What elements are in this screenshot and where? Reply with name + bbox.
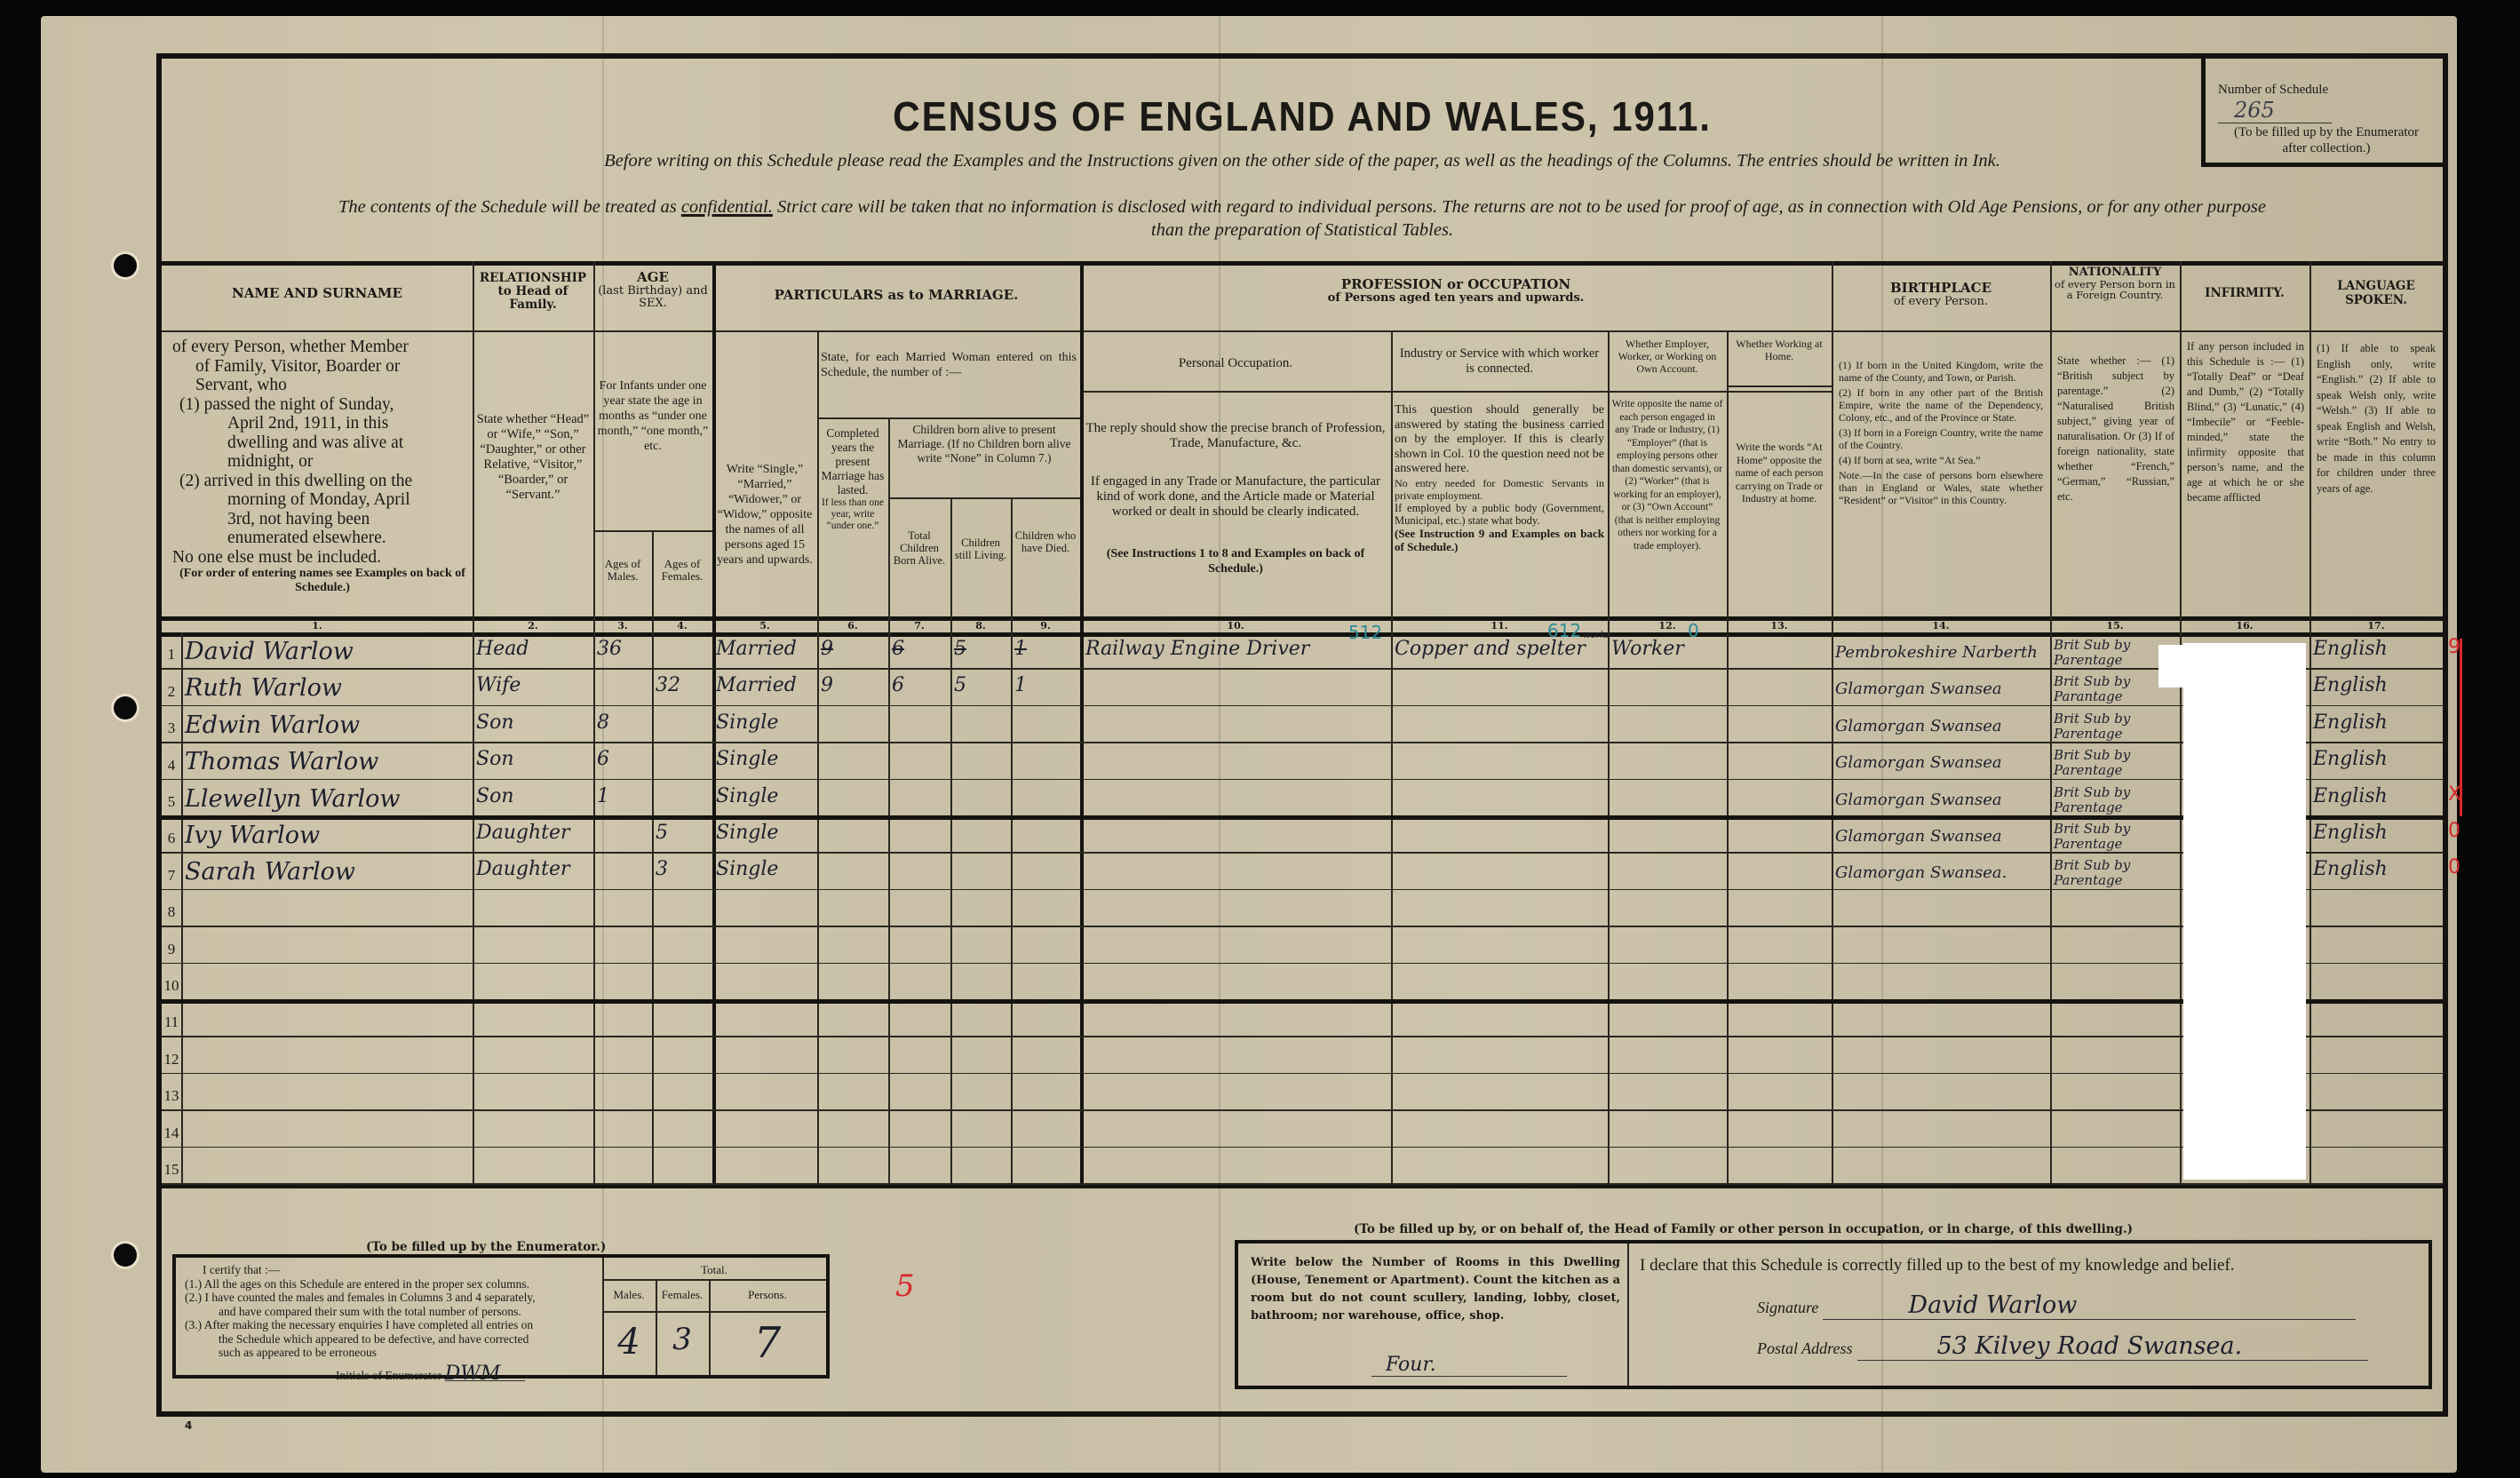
cell-status[interactable] (716, 932, 815, 963)
cell-living[interactable] (954, 1116, 1009, 1147)
relationship-instructions: State whether “Head” or “Wife,” “Son,” “… (473, 412, 593, 503)
signature-label: Signature (1757, 1299, 1818, 1316)
cell-nationality[interactable]: Brit Sub byParentage (2054, 785, 2178, 815)
married-woman-instructions: State, for each Married Woman entered on… (817, 350, 1080, 380)
cell-age-f[interactable] (656, 711, 711, 743)
punch-hole-icon (114, 254, 137, 277)
household-declaration-box: Write below the Number of Rooms in this … (1235, 1240, 2432, 1389)
notice-text: The contents of the Schedule will be tre… (338, 197, 681, 217)
cell-nationality[interactable]: Brit Sub byParentage (2054, 858, 2178, 888)
cell-industry[interactable] (1395, 895, 1606, 926)
cell-language[interactable] (2313, 1153, 2441, 1184)
females-label: Females. (656, 1288, 709, 1302)
cell-name[interactable]: Sarah Warlow (185, 858, 473, 889)
cell-total[interactable] (892, 785, 949, 816)
cell-living[interactable]: 5 (954, 674, 1009, 705)
table-row: 2Ruth WarlowWife32Married9651Glamorgan S… (162, 669, 2443, 705)
cell-occupation[interactable] (1085, 711, 1387, 743)
cell-status[interactable]: Single (716, 822, 815, 853)
cell-living[interactable] (954, 895, 1009, 926)
cell-status[interactable] (716, 1153, 815, 1184)
cell-years[interactable]: 9 (821, 638, 886, 669)
cell-name[interactable]: Llewellyn Warlow (185, 785, 473, 816)
cert-line: I certify that :— (185, 1263, 602, 1277)
desc-line: (See Instructions 1 to 8 and Examples on… (1084, 546, 1387, 576)
row-number: 11 (162, 1013, 181, 1031)
desc-line: Note.—In the case of persons born elsewh… (1839, 469, 2043, 506)
cell-industry[interactable] (1395, 674, 1606, 705)
cell-language[interactable]: English (2313, 674, 2441, 705)
nationality-subtitle: of every Person born in a Foreign Countr… (2050, 279, 2180, 300)
nationality-line: Brit Sub by (2054, 858, 2178, 873)
cell-total[interactable] (892, 932, 949, 963)
cell-employer[interactable] (1611, 1042, 1725, 1073)
cell-home[interactable] (1730, 969, 1830, 1000)
cell-living[interactable] (954, 1079, 1009, 1110)
cell-occupation[interactable] (1085, 969, 1387, 1000)
cell-occupation[interactable]: Railway Engine Driver (1085, 638, 1387, 669)
cell-employer[interactable] (1611, 1079, 1725, 1110)
cell-language[interactable]: English (2313, 748, 2441, 779)
cell-industry[interactable] (1395, 785, 1606, 816)
years-married-label: Completed years the present Marriage has… (817, 426, 888, 532)
nationality-title: NATIONALITY (2050, 266, 2180, 279)
notice-text: Strict care will be taken that no inform… (773, 197, 2266, 217)
table-row: 6Ivy WarlowDaughter5SingleGlamorgan Swan… (162, 816, 2443, 853)
cell-occupation[interactable] (1085, 1042, 1387, 1073)
cell-status[interactable]: Single (716, 748, 815, 779)
cell-occupation[interactable] (1085, 674, 1387, 705)
desc-line: If employed by a public body (Government… (1395, 502, 1604, 527)
cell-industry[interactable] (1395, 1042, 1606, 1073)
row-number: 15 (162, 1161, 181, 1179)
cell-age-f[interactable] (656, 895, 711, 926)
cell-birthplace[interactable] (1835, 1160, 2048, 1191)
schedule-note: (To be filled up by the Enumerator (2218, 125, 2435, 139)
cell-died[interactable] (1014, 858, 1078, 889)
cell-relation[interactable]: Wife (476, 674, 593, 705)
nationality-line: Brit Sub by (2054, 822, 2178, 837)
total-males[interactable]: 4 (602, 1322, 656, 1363)
total-females[interactable]: 3 (656, 1322, 709, 1357)
cell-home[interactable] (1730, 748, 1830, 779)
cell-years[interactable] (821, 1079, 886, 1110)
cell-language[interactable] (2313, 1116, 2441, 1147)
table-row: 4Thomas WarlowSon6SingleGlamorgan Swanse… (162, 743, 2443, 779)
cell-total[interactable] (892, 711, 949, 743)
cell-died[interactable] (1014, 785, 1078, 816)
cell-relation[interactable] (476, 1116, 593, 1147)
cell-industry[interactable] (1395, 932, 1606, 963)
cell-age-f[interactable] (656, 1042, 711, 1073)
cell-home[interactable] (1730, 1079, 1830, 1110)
cell-occupation[interactable] (1085, 748, 1387, 779)
cell-living[interactable]: 5 (954, 638, 1009, 669)
cell-relation[interactable] (476, 969, 593, 1000)
cell-died[interactable]: 1 (1014, 638, 1078, 669)
nationality-line: Brit Sub by (2054, 785, 2178, 800)
cell-age-m[interactable] (597, 1116, 650, 1147)
cell-status[interactable] (716, 1079, 815, 1110)
cell-years[interactable] (821, 969, 886, 1000)
cell-home[interactable] (1730, 895, 1830, 926)
cell-years[interactable] (821, 785, 886, 816)
cell-employer[interactable] (1611, 822, 1725, 853)
cell-occupation[interactable] (1085, 1116, 1387, 1147)
cell-died[interactable] (1014, 1005, 1078, 1037)
cell-home[interactable] (1730, 932, 1830, 963)
table-row: 7Sarah WarlowDaughter3SingleGlamorgan Sw… (162, 853, 2443, 889)
cell-home[interactable] (1730, 858, 1830, 889)
cell-age-f[interactable] (656, 1005, 711, 1037)
row-number: 8 (162, 903, 181, 921)
cell-employer[interactable]: Worker (1611, 638, 1725, 669)
cell-relation[interactable]: Son (476, 711, 593, 743)
cell-status[interactable]: Married (716, 638, 815, 669)
cell-died[interactable] (1014, 895, 1078, 926)
desc-line: of Family, Visitor, Boarder or (172, 357, 473, 377)
cell-employer[interactable] (1611, 858, 1725, 889)
marriage-status-instructions: Write “Single,” “Married,” “Widower,” or… (712, 462, 817, 568)
cell-years[interactable] (821, 711, 886, 743)
cell-age-f[interactable]: 32 (656, 674, 711, 705)
cell-name[interactable]: David Warlow (185, 638, 473, 669)
cell-employer[interactable] (1611, 895, 1725, 926)
cell-living[interactable] (954, 1153, 1009, 1184)
total-children-label: Total Children Born Alive. (888, 529, 950, 567)
table-row: 1David WarlowHead36Married9651Railway En… (162, 632, 2443, 669)
cell-name[interactable] (185, 1153, 473, 1184)
cell-industry[interactable]: Copper and spelter (1395, 638, 1606, 669)
desc-line: This question should generally be answer… (1395, 403, 1604, 477)
rooms-count[interactable]: Four. (1371, 1354, 1567, 1377)
cell-language[interactable] (2313, 1042, 2441, 1073)
cell-home[interactable] (1730, 1005, 1830, 1037)
cell-died[interactable] (1014, 932, 1078, 963)
header-nationality: NATIONALITY of every Person born in a Fo… (2050, 266, 2180, 300)
cell-employer[interactable] (1611, 1116, 1725, 1147)
desc-line: (1) If born in the United Kingdom, write… (1839, 359, 2043, 384)
page-number: 4 (185, 1419, 192, 1432)
cell-age-f[interactable] (656, 1116, 711, 1147)
cell-relation[interactable] (476, 932, 593, 963)
cell-language[interactable]: English (2313, 785, 2441, 816)
cell-age-f[interactable] (656, 748, 711, 779)
cell-status[interactable] (716, 1042, 815, 1073)
cell-total[interactable] (892, 1116, 949, 1147)
row-number: 4 (162, 757, 181, 775)
cell-living[interactable] (954, 1042, 1009, 1073)
cell-employer[interactable] (1611, 711, 1725, 743)
cell-nationality[interactable]: Brit Sub byParentage (2054, 748, 2178, 778)
cell-employer[interactable] (1611, 674, 1725, 705)
cell-age-m[interactable] (597, 1153, 650, 1184)
table-row: 5Llewellyn WarlowSon1SingleGlamorgan Swa… (162, 780, 2443, 816)
cell-total[interactable] (892, 748, 949, 779)
desc-line: The reply should show the precise branch… (1084, 421, 1387, 451)
cell-total[interactable] (892, 969, 949, 1000)
nationality-line: Parentage (2054, 763, 2178, 778)
column-number: 4. (652, 620, 712, 632)
cell-name[interactable] (185, 1042, 473, 1073)
cell-home[interactable] (1730, 1042, 1830, 1073)
cell-age-m[interactable] (597, 1079, 650, 1110)
cell-language[interactable] (2313, 932, 2441, 963)
cell-years[interactable] (821, 932, 886, 963)
cell-died[interactable] (1014, 711, 1078, 743)
cell-language[interactable]: English (2313, 638, 2441, 669)
cell-relation[interactable] (476, 895, 593, 926)
divider (162, 1184, 2443, 1188)
cell-nationality[interactable]: Brit Sub byParentage (2054, 822, 2178, 852)
cell-died[interactable] (1014, 822, 1078, 853)
cell-age-f[interactable] (656, 1153, 711, 1184)
cell-age-m[interactable] (597, 1005, 650, 1037)
cell-home[interactable] (1730, 638, 1830, 669)
cell-industry[interactable] (1395, 858, 1606, 889)
nationality-line: Brit Sub by (2054, 748, 2178, 763)
enumerator-initials[interactable]: DWM (445, 1367, 525, 1382)
cell-industry[interactable] (1395, 1079, 1606, 1110)
cell-industry[interactable] (1395, 1153, 1606, 1184)
cell-home[interactable] (1730, 674, 1830, 705)
schedule-number-value[interactable]: 265 (2218, 98, 2332, 123)
cell-employer[interactable] (1611, 748, 1725, 779)
cell-relation[interactable] (476, 1079, 593, 1110)
cell-occupation[interactable] (1085, 1153, 1387, 1184)
desc-line: (3) If born in a Foreign Country, write … (1839, 426, 2043, 451)
cell-relation[interactable] (476, 1042, 593, 1073)
column-number: 10. (1080, 620, 1391, 632)
cell-total[interactable] (892, 1079, 949, 1110)
punch-hole-icon (114, 1244, 137, 1267)
cell-status[interactable] (716, 969, 815, 1000)
schedule-number-label: Number of Schedule (2218, 83, 2328, 97)
table-row: 14 (162, 1110, 2443, 1147)
cell-occupation[interactable] (1085, 932, 1387, 963)
row-number: 7 (162, 867, 181, 885)
schedule-number-box: Number of Schedule265 (To be filled up b… (2201, 53, 2448, 167)
cell-nationality[interactable]: Brit Sub byParentage (2054, 711, 2178, 742)
row-number: 10 (162, 977, 181, 995)
initials-row: Initials of Enumerator DWM (185, 1367, 602, 1383)
cell-age-m[interactable] (597, 932, 650, 963)
cell-age-f[interactable]: 5 (656, 822, 711, 853)
cell-status[interactable]: Married (716, 674, 815, 705)
cell-years[interactable]: 9 (821, 674, 886, 705)
cell-total[interactable] (892, 822, 949, 853)
cell-language[interactable] (2313, 1005, 2441, 1037)
row-number: 1 (162, 646, 181, 664)
cell-industry[interactable] (1395, 822, 1606, 853)
cell-years[interactable] (821, 895, 886, 926)
working-at-home-instructions: Write the words “At Home” opposite the n… (1727, 441, 1832, 505)
cell-years[interactable] (821, 858, 886, 889)
cell-living[interactable] (954, 1005, 1009, 1037)
cell-status[interactable] (716, 1116, 815, 1147)
cell-total[interactable] (892, 1153, 949, 1184)
cell-age-m[interactable]: 36 (597, 638, 650, 669)
signature-field[interactable]: David Warlow (1823, 1291, 2356, 1320)
cell-industry[interactable] (1395, 1116, 1606, 1147)
cell-age-f[interactable] (656, 785, 711, 816)
cell-status[interactable] (716, 895, 815, 926)
cert-line: (2.) I have counted the males and female… (185, 1291, 602, 1305)
cell-years[interactable] (821, 1116, 886, 1147)
cell-occupation[interactable] (1085, 895, 1387, 926)
cell-living[interactable] (954, 748, 1009, 779)
cell-living[interactable] (954, 822, 1009, 853)
cell-relation[interactable]: Daughter (476, 822, 593, 853)
cell-home[interactable] (1730, 1153, 1830, 1184)
cert-line: the Schedule which appeared to be defect… (185, 1332, 602, 1347)
nationality-instructions: State whether :— (1) “British subject by… (2054, 354, 2178, 505)
cell-died[interactable] (1014, 969, 1078, 1000)
cell-age-f[interactable] (656, 932, 711, 963)
cell-total[interactable] (892, 858, 949, 889)
cell-employer[interactable] (1611, 785, 1725, 816)
cell-language[interactable]: English (2313, 858, 2441, 889)
cell-occupation[interactable] (1085, 1079, 1387, 1110)
cell-total[interactable] (892, 895, 949, 926)
postal-address-field[interactable]: 53 Kilvey Road Swansea. (1857, 1332, 2368, 1361)
confidential-notice: The contents of the Schedule will be tre… (162, 197, 2443, 218)
cell-relation[interactable] (476, 1005, 593, 1037)
cell-age-m[interactable] (597, 895, 650, 926)
cell-name[interactable]: Thomas Warlow (185, 748, 473, 779)
cell-age-m[interactable]: 1 (597, 785, 650, 816)
cell-age-m[interactable] (597, 969, 650, 1000)
infirmity-instructions: If any person included in this Schedule … (2183, 339, 2308, 505)
enumerator-certification-box: I certify that :— (1.) All the ages on t… (172, 1254, 830, 1379)
cell-age-m[interactable] (597, 674, 650, 705)
column-number: 17. (2309, 620, 2443, 632)
cell-total[interactable] (892, 1005, 949, 1037)
cell-age-m[interactable] (597, 1042, 650, 1073)
cert-line: (3.) After making the necessary enquirie… (185, 1318, 602, 1332)
cell-industry[interactable] (1395, 1005, 1606, 1037)
cell-industry[interactable] (1395, 748, 1606, 779)
cell-died[interactable] (1014, 1042, 1078, 1073)
cell-name[interactable]: Edwin Warlow (185, 711, 473, 743)
cell-industry[interactable] (1395, 711, 1606, 743)
cell-age-m[interactable]: 8 (597, 711, 650, 743)
total-persons[interactable]: 7 (709, 1318, 826, 1368)
cell-age-f[interactable] (656, 969, 711, 1000)
cell-occupation[interactable] (1085, 1005, 1387, 1037)
desc-line: If engaged in any Trade or Manufacture, … (1084, 474, 1387, 520)
cell-occupation[interactable] (1085, 822, 1387, 853)
cell-living[interactable] (954, 711, 1009, 743)
cell-relation[interactable]: Son (476, 748, 593, 779)
cell-name[interactable] (185, 895, 473, 926)
desc-line: of every Person, whether Member (172, 338, 473, 357)
age-subtitle: (last Birthday) and SEX. (593, 285, 712, 310)
cell-relation[interactable] (476, 1153, 593, 1184)
cell-years[interactable] (821, 1153, 886, 1184)
birthplace-subtitle: of every Person. (1832, 296, 2050, 308)
cell-died[interactable]: 1 (1014, 674, 1078, 705)
cell-name[interactable]: Ivy Warlow (185, 822, 473, 853)
cell-age-m[interactable]: 6 (597, 748, 650, 779)
cell-living[interactable] (954, 932, 1009, 963)
cell-living[interactable] (954, 858, 1009, 889)
cell-status[interactable]: Single (716, 858, 815, 889)
table-row: 15 (162, 1148, 2443, 1184)
cell-status[interactable]: Single (716, 785, 815, 816)
cell-name[interactable] (185, 1116, 473, 1147)
birthplace-title: BIRTHPLACE (1832, 281, 2050, 296)
cell-age-m[interactable] (597, 858, 650, 889)
occupation-subtitle: of Persons aged ten years and upwards. (1080, 292, 1832, 305)
cell-relation[interactable]: Daughter (476, 858, 593, 889)
row-number: 2 (162, 683, 181, 701)
cell-occupation[interactable] (1085, 858, 1387, 889)
cell-home[interactable] (1730, 785, 1830, 816)
cell-employer[interactable] (1611, 932, 1725, 963)
cell-living[interactable] (954, 785, 1009, 816)
cell-years[interactable] (821, 1005, 886, 1037)
cell-died[interactable] (1014, 1153, 1078, 1184)
cell-total[interactable]: 6 (892, 674, 949, 705)
cell-language[interactable] (2313, 895, 2441, 926)
cell-employer[interactable] (1611, 1005, 1725, 1037)
cell-home[interactable] (1730, 1116, 1830, 1147)
cell-age-f[interactable] (656, 638, 711, 669)
cell-employer[interactable] (1611, 969, 1725, 1000)
cell-language[interactable]: English (2313, 822, 2441, 853)
cell-died[interactable] (1014, 1116, 1078, 1147)
desc-line: morning of Monday, April (172, 490, 473, 510)
cell-status[interactable]: Single (716, 711, 815, 743)
header-relationship: RELATIONSHIP to Head of Family. (473, 272, 593, 312)
cell-home[interactable] (1730, 822, 1830, 853)
cell-name[interactable]: Ruth Warlow (185, 674, 473, 705)
cell-age-f[interactable]: 3 (656, 858, 711, 889)
cell-name[interactable] (185, 1079, 473, 1110)
cell-age-f[interactable] (656, 1079, 711, 1110)
cell-died[interactable] (1014, 748, 1078, 779)
cell-relation[interactable]: Head (476, 638, 593, 669)
cell-industry[interactable] (1395, 969, 1606, 1000)
cell-years[interactable] (821, 748, 886, 779)
cell-home[interactable] (1730, 711, 1830, 743)
row-number: 5 (162, 793, 181, 811)
column-number: 6. (817, 620, 888, 632)
cell-relation[interactable]: Son (476, 785, 593, 816)
cell-name[interactable] (185, 969, 473, 1000)
males-label: Males. (602, 1288, 656, 1302)
cell-age-m[interactable] (597, 822, 650, 853)
cell-status[interactable] (716, 1005, 815, 1037)
cell-language[interactable] (2313, 969, 2441, 1000)
cell-language[interactable]: English (2313, 711, 2441, 743)
cell-name[interactable] (185, 932, 473, 963)
cell-years[interactable] (821, 822, 886, 853)
cell-years[interactable] (821, 1042, 886, 1073)
cell-occupation[interactable] (1085, 785, 1387, 816)
cell-total[interactable]: 6 (892, 638, 949, 669)
cell-name[interactable] (185, 1005, 473, 1037)
column-number: 8. (950, 620, 1011, 632)
cell-total[interactable] (892, 1042, 949, 1073)
desc-line: April 2nd, 1911, in this (172, 414, 473, 433)
cell-language[interactable] (2313, 1079, 2441, 1110)
cell-died[interactable] (1014, 1079, 1078, 1110)
cell-employer[interactable] (1611, 1153, 1725, 1184)
cell-living[interactable] (954, 969, 1009, 1000)
nationality-line: Parentage (2054, 873, 2178, 888)
